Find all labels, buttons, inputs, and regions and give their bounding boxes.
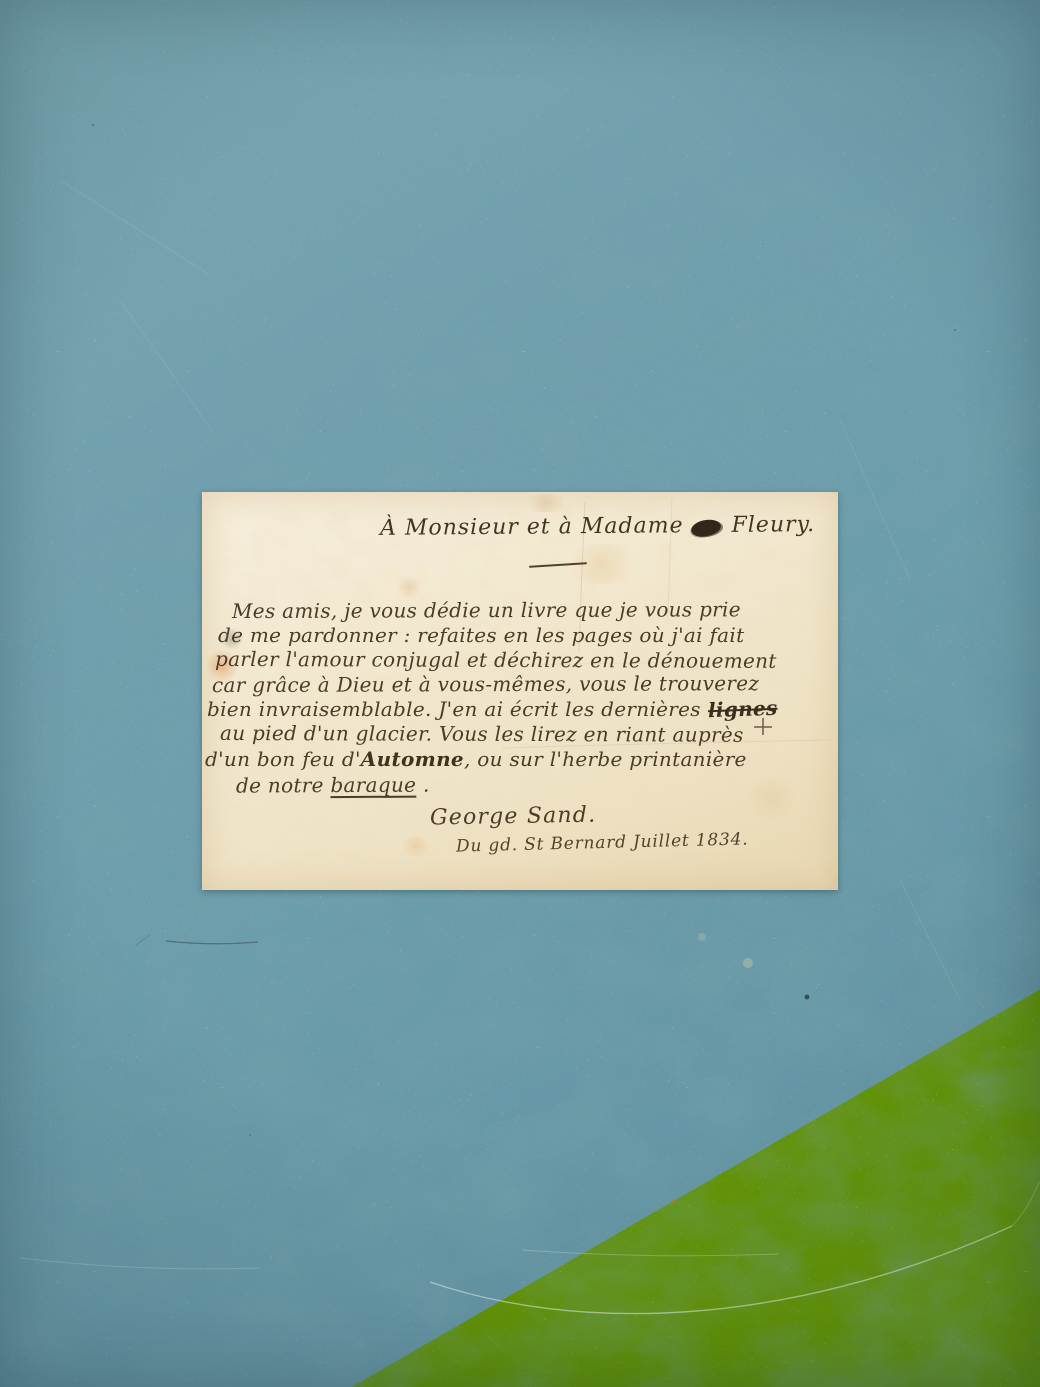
dedication-heading: À Monsieur et à MadameAl. Fleury. xyxy=(380,512,815,541)
letter-line: car grâce à Dieu et à vous-mêmes, vous l… xyxy=(212,671,838,698)
heading-flourish-dash xyxy=(529,562,587,568)
overwritten-word: Automne xyxy=(361,747,464,771)
heading-surname: Fleury. xyxy=(731,512,815,538)
letter-text: au pied d'un glacier. Vous les lirez en … xyxy=(220,721,744,747)
letter-text: , ou sur l'herbe printanière xyxy=(464,747,747,771)
dateline: Du gd. St Bernard Juillet 1834. xyxy=(456,829,749,856)
letter-line: au pied d'un glacier. Vous les lirez en … xyxy=(220,721,838,748)
letter-text: bien invraisemblable. J'en ai écrit les … xyxy=(207,697,708,721)
letter-text: de notre xyxy=(236,773,331,797)
letter-line: Mes amis, je vous dédie un livre que je … xyxy=(232,597,838,624)
struck-out-word: lignes xyxy=(707,696,777,723)
letter-line: d'un bon feu d'Automne, ou sur l'herbe p… xyxy=(205,747,838,772)
letter-text: . xyxy=(416,772,429,796)
ink-blot-over-initial: Al. xyxy=(690,518,722,537)
signature: George Sand. xyxy=(430,803,597,831)
letter-body: Mes amis, je vous dédie un livre que je … xyxy=(202,598,838,796)
underlined-word: baraque xyxy=(330,772,416,796)
foxing-spot xyxy=(398,836,434,856)
letter-text: de me pardonner : refaites en les pages … xyxy=(218,623,744,647)
letter-text: parler l'amour conjugal et déchirez en l… xyxy=(215,647,777,673)
heading-text: À Monsieur et à Madame xyxy=(380,513,684,541)
letter-line: de notre baraque . xyxy=(236,770,838,798)
letter-text: d'un bon feu d' xyxy=(205,747,361,771)
stain-spot xyxy=(520,494,572,512)
manuscript-note: À Monsieur et à MadameAl. Fleury. Mes am… xyxy=(202,492,838,890)
letter-line: de me pardonner : refaites en les pages … xyxy=(218,623,838,648)
letter-text: Mes amis, je vous dédie un livre que je … xyxy=(232,597,741,623)
photographed-book-cover: À Monsieur et à MadameAl. Fleury. Mes am… xyxy=(0,0,1040,1387)
letter-text: car grâce à Dieu et à vous-mêmes, vous l… xyxy=(212,672,759,698)
letter-line: bien invraisemblable. J'en ai écrit les … xyxy=(207,697,838,722)
letter-line: parler l'amour conjugal et déchirez en l… xyxy=(215,647,838,674)
foxing-spot xyxy=(394,576,424,598)
